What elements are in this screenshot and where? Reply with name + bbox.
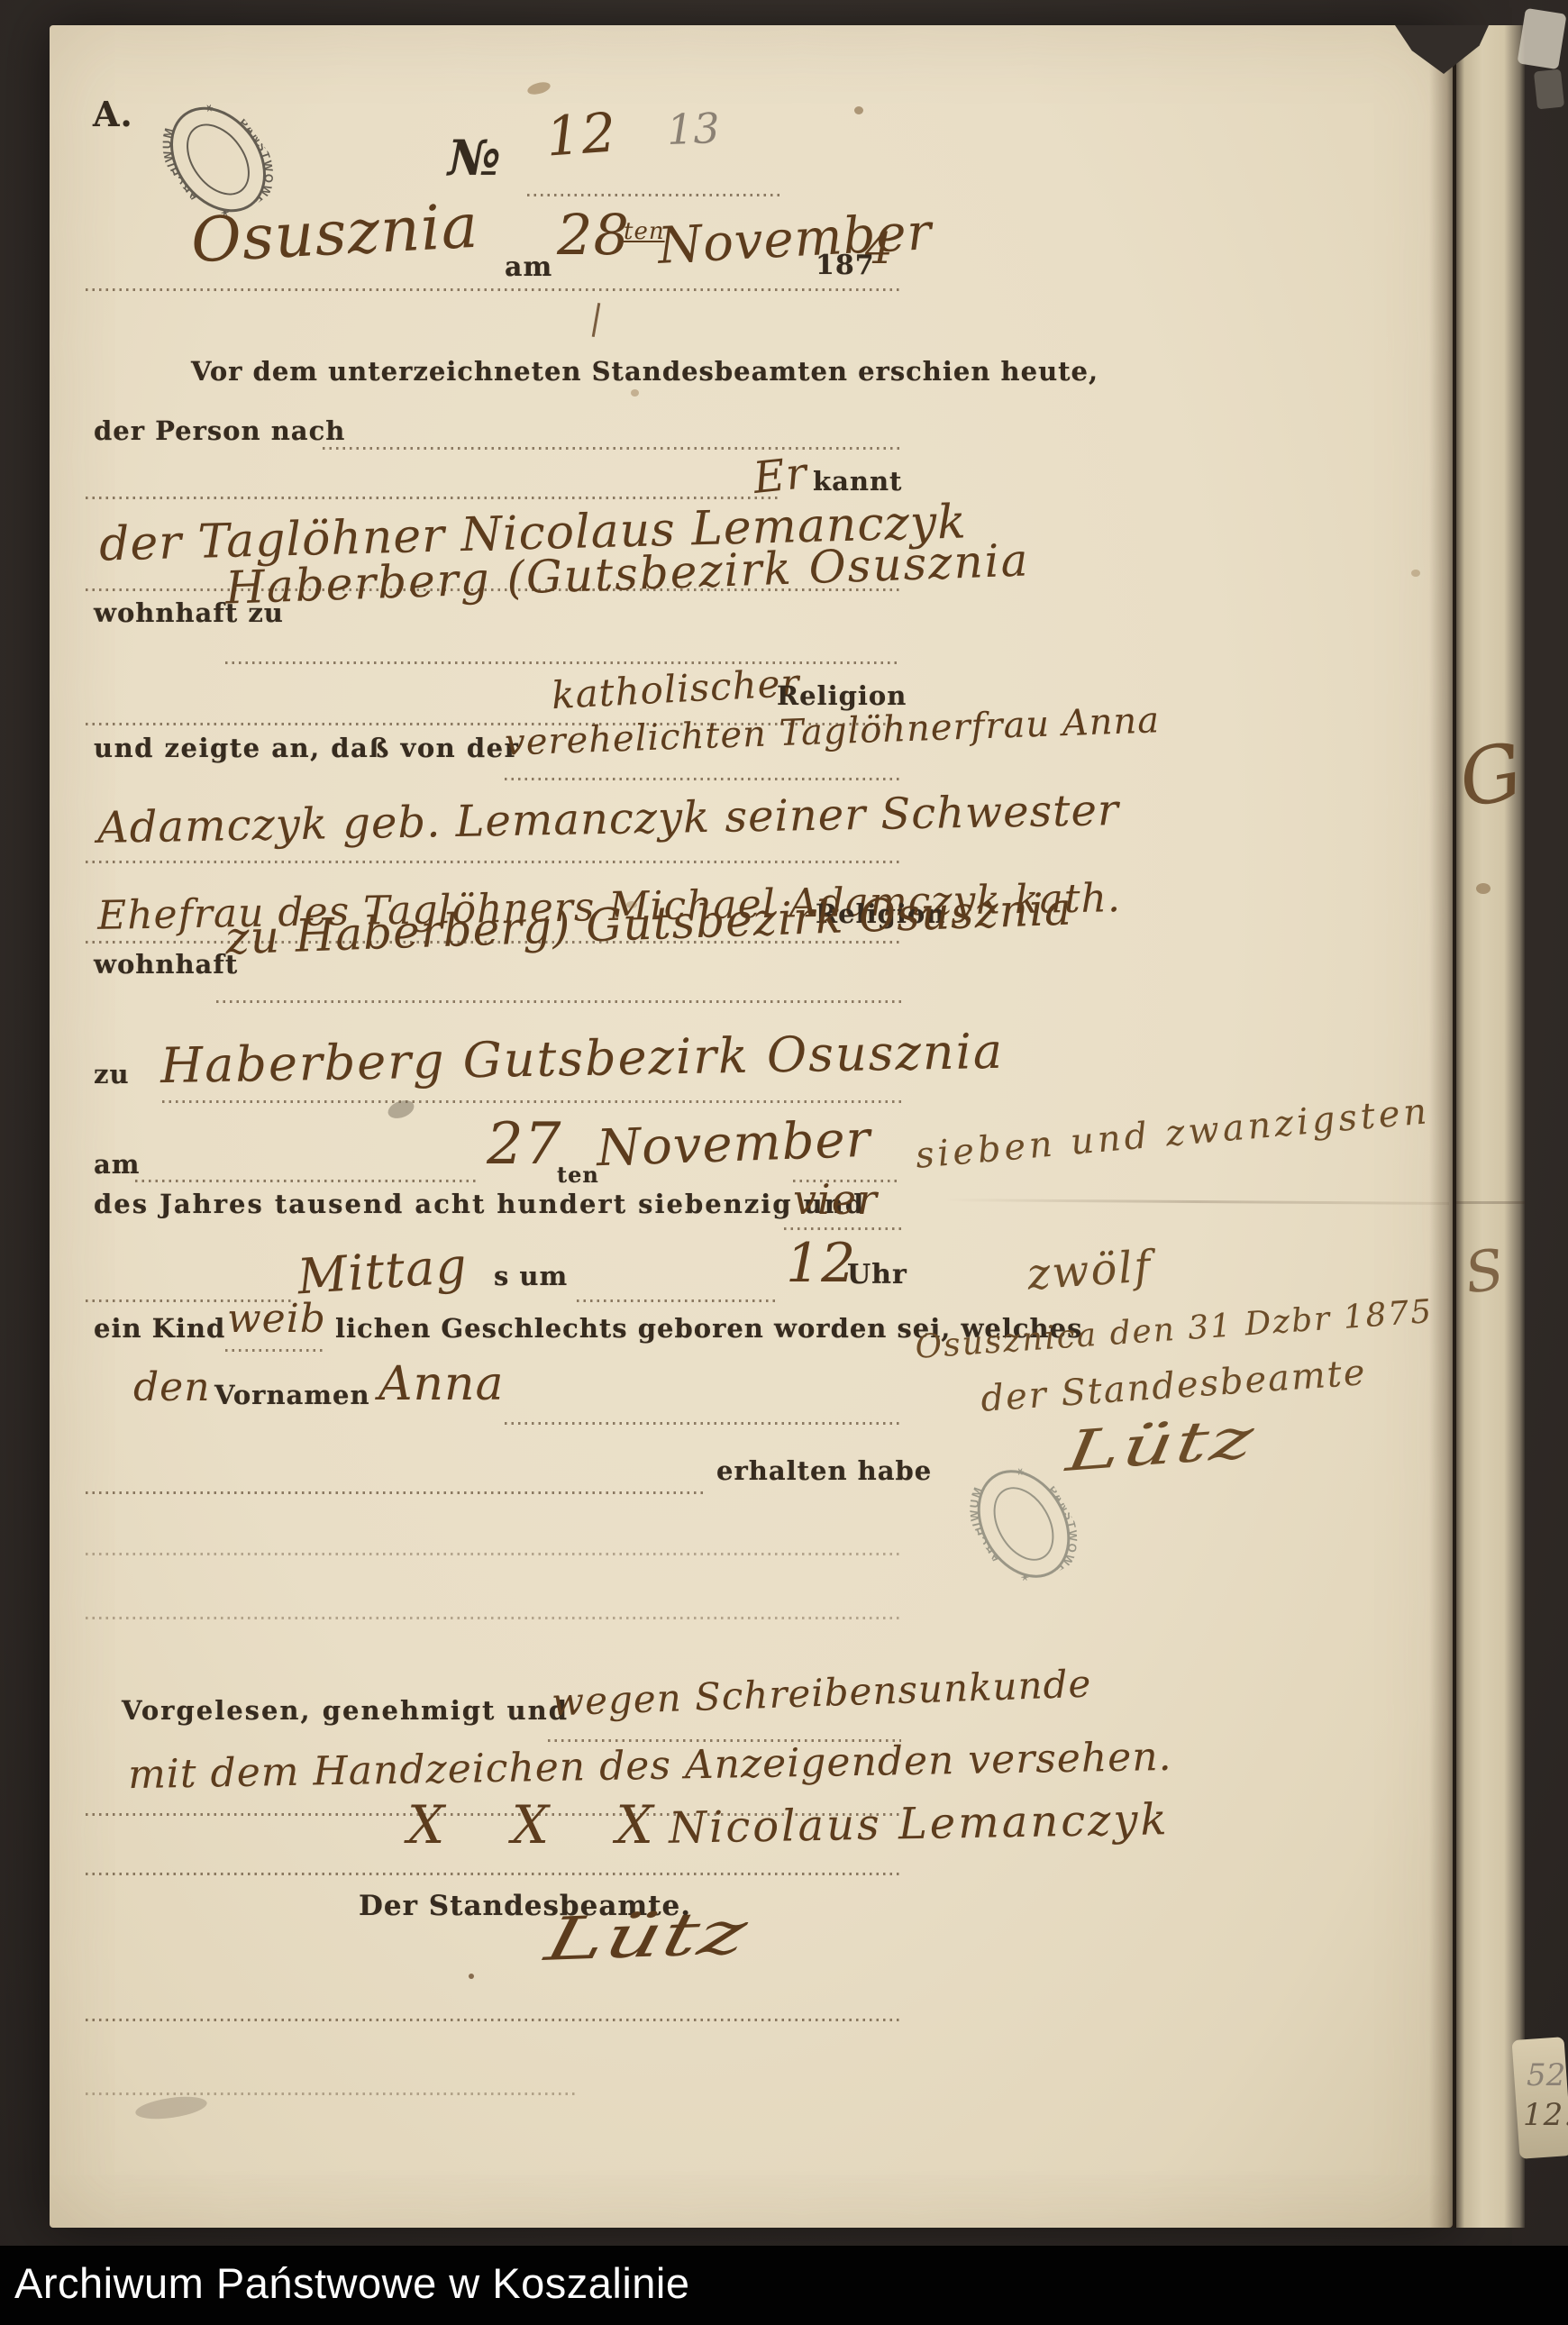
stain [626, 901, 637, 908]
time-of-day-handwritten: Mittag [296, 1241, 469, 1301]
page-fold-shadow [1429, 25, 1456, 2228]
ten-label: ten [557, 1164, 599, 1186]
stain [631, 389, 639, 397]
ink-dot [469, 1974, 474, 1979]
religion-label: Religion [777, 683, 907, 709]
dotted-line [527, 194, 784, 196]
year-word-handwritten: vier [793, 1179, 878, 1220]
dotted-line [86, 1491, 707, 1494]
dotted-line [225, 661, 901, 664]
year-line-label: des Jahres tausend acht hundert siebenzi… [94, 1191, 865, 1217]
den-handwritten: den [133, 1368, 211, 1408]
stain [854, 106, 863, 114]
s-um-label: s um [494, 1263, 568, 1290]
dotted-line [577, 1299, 775, 1302]
am-label: am [505, 254, 552, 281]
stain [1411, 570, 1420, 577]
hour-handwritten: 12 [786, 1236, 856, 1290]
registrar-signature: Lütz [541, 1903, 753, 1970]
vornamen-label: Vornamen [214, 1382, 370, 1409]
day-handwritten: 28 [557, 207, 630, 263]
dotted-line [86, 1553, 901, 1555]
dotted-line [162, 1100, 901, 1103]
archive-caption: Archiwum Państwowe w Koszalinie [14, 2258, 690, 2308]
child-sex-handwritten: weib [227, 1299, 326, 1339]
dotted-line [86, 861, 901, 863]
edge-number: 12. [1523, 2100, 1568, 2130]
place-handwritten: Osusznia [189, 196, 479, 273]
zu-label: zu [94, 1062, 130, 1088]
intro-line: Vor dem unterzeichneten Standesbeamten e… [191, 359, 1099, 385]
stamp-star-icon: ✶ [203, 102, 216, 115]
wohnhaft-label: wohnhaft [94, 952, 238, 978]
dotted-line [216, 1000, 901, 1003]
dotted-line [505, 1422, 901, 1425]
dotted-line [135, 1180, 478, 1182]
margin-note-signature: Lütz [1063, 1410, 1259, 1480]
margin-note-line2: zwölf [1026, 1245, 1153, 1297]
dotted-line [323, 447, 901, 450]
stain [1476, 883, 1491, 894]
declarant-signature: Nicolaus Lemanczyk [669, 1798, 1170, 1850]
dotted-line [86, 497, 779, 499]
zeigte-an-label: und zeigte an, daß von der [94, 735, 519, 761]
dotted-line [784, 1227, 901, 1230]
kannt-label: kannt [813, 469, 902, 495]
next-page-edge: G S [1456, 25, 1525, 2228]
section-letter: A. [93, 97, 133, 132]
neighbor-flourish: S [1462, 1241, 1509, 1301]
year-digit-handwritten: 4 [865, 227, 894, 270]
handsign-crosses: X X X [407, 1799, 679, 1851]
er-handwritten: Er [752, 451, 810, 500]
dotted-line [505, 778, 901, 780]
dotted-line [86, 1873, 901, 1875]
dotted-line [86, 288, 901, 291]
birth-month-handwritten: November [596, 1115, 871, 1175]
am2-label: am [94, 1152, 140, 1178]
paper-scrap [1517, 8, 1566, 69]
dotted-line [86, 1617, 901, 1619]
person-nach-label: der Person nach [94, 418, 345, 444]
number-label: № [448, 133, 502, 182]
stamp-star-icon: ✶ [1015, 1466, 1027, 1480]
child-line-a-label: ein Kind [94, 1316, 225, 1342]
scanned-photo-backdrop: G S 52 12. ARCHIWUM PAŃSTWOWE ✶ ✶ ARCHIW… [0, 0, 1568, 2325]
dotted-line [86, 2019, 901, 2021]
neighbor-flourish: G [1456, 733, 1525, 820]
record-number-handwritten: 12 [544, 105, 618, 164]
edge-number: 52 [1527, 2060, 1565, 2091]
birth-day-handwritten: 27 [487, 1116, 561, 1173]
birthplace-handwritten: Haberberg Gutsbezirk Osusznia [160, 1027, 1005, 1090]
archive-caption-bar: Archiwum Państwowe w Koszalinie [0, 2246, 1568, 2325]
first-name-handwritten: Anna [378, 1361, 505, 1408]
dotted-line [86, 2092, 577, 2095]
erhalten-habe-label: erhalten habe [716, 1458, 932, 1484]
pencil-number: 13 [666, 107, 720, 150]
uhr-label: Uhr [847, 1262, 907, 1289]
paper-scrap [1534, 69, 1564, 110]
vorgelesen-label: Vorgelesen, genehmigt und [122, 1698, 569, 1724]
crease-line [1456, 1201, 1525, 1204]
dotted-line [225, 1349, 326, 1352]
